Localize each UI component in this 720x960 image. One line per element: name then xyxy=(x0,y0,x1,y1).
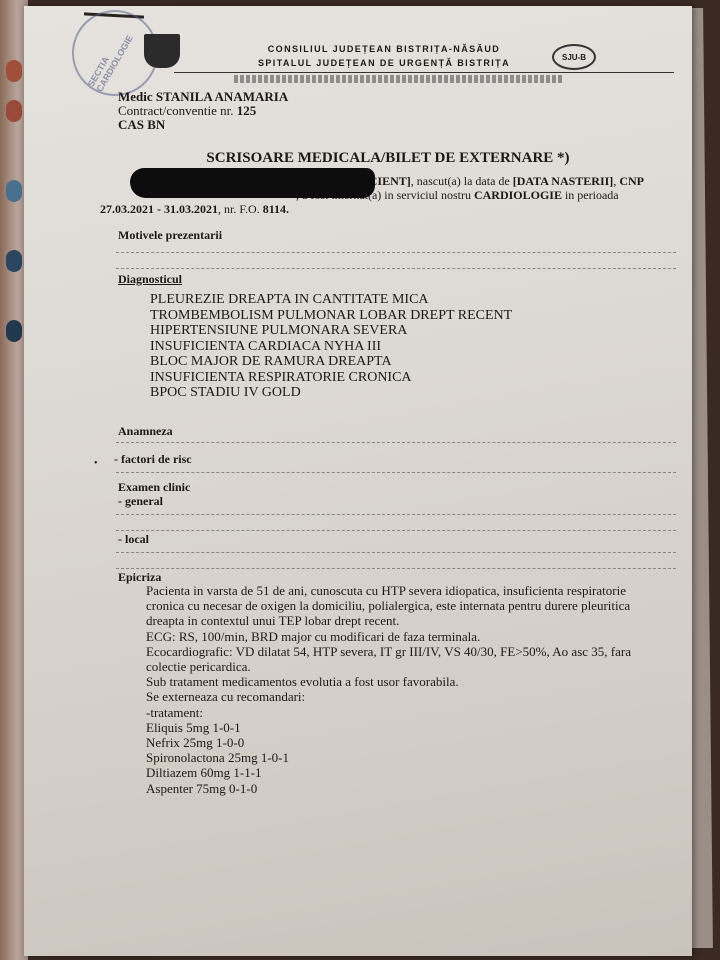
document-title: SCRISOARE MEDICALA/BILET DE EXTERNARE *) xyxy=(24,150,692,167)
epicriza-line: ECG: RS, 100/min, BRD major cu modificar… xyxy=(146,629,686,644)
section-diagnostic: Diagnosticul xyxy=(118,272,182,287)
section-motive: Motivele prezentarii xyxy=(118,228,222,243)
medication-item: Aspenter 75mg 0-1-0 xyxy=(146,781,686,796)
blank-line xyxy=(116,552,676,553)
diagnosis-list: PLEUREZIE DREAPTA IN CANTITATE MICA TROM… xyxy=(150,292,512,401)
blank-line xyxy=(116,472,676,473)
diagnosis-item: BPOC STADIU IV GOLD xyxy=(150,385,512,401)
epicriza-line: -tratament: xyxy=(146,705,686,720)
fo-label: , nr. F.O. xyxy=(218,202,260,216)
fo-number: 8114. xyxy=(263,202,289,216)
medication-item: Eliquis 5mg 1-0-1 xyxy=(146,720,686,735)
section-factori: - factori de risc xyxy=(114,452,192,467)
epicriza-line: Ecocardiografic: VD dilatat 54, HTP seve… xyxy=(146,644,686,659)
hospital-logo: SJU-B xyxy=(552,44,596,70)
admission-period: 27.03.2021 - 31.03.2021 xyxy=(100,202,218,216)
physician-block: Medic STANILA ANAMARIA Contract/conventi… xyxy=(118,90,288,132)
section-general: - general xyxy=(118,494,163,509)
diagnosis-item: PLEUREZIE DREAPTA IN CANTITATE MICA xyxy=(150,292,512,308)
letterhead: CONSILIUL JUDEȚEAN BISTRIȚA-NĂSĂUD SPITA… xyxy=(194,42,574,70)
section-anamneza: Anamneza xyxy=(118,424,173,439)
document-page: SECTIA CARDIOLOGIE CONSILIUL JUDEȚEAN BI… xyxy=(24,6,692,956)
blank-line xyxy=(116,530,676,531)
blank-line xyxy=(116,514,676,515)
blank-line xyxy=(116,568,676,569)
cnp-label: CNP xyxy=(619,174,644,188)
diagnosis-item: BLOC MAJOR DE RAMURA DREAPTA xyxy=(150,354,512,370)
folder-dot xyxy=(6,100,22,122)
blank-line xyxy=(116,268,676,269)
section-local: - local xyxy=(118,532,149,547)
epicriza-line: Sub tratament medicamentos evolutia a fo… xyxy=(146,674,686,689)
redaction-bar xyxy=(130,168,375,198)
medication-item: Diltiazem 60mg 1-1-1 xyxy=(146,765,686,780)
folder-dot xyxy=(6,250,22,272)
county-crest-icon xyxy=(144,34,180,68)
epicriza-line: colectie pericardica. xyxy=(146,659,686,674)
period-label: in perioada xyxy=(565,188,619,202)
section-examen: Examen clinic xyxy=(118,480,190,495)
epicriza-line: Pacienta in varsta de 51 de ani, cunoscu… xyxy=(146,583,686,598)
diagnosis-item: INSUFICIENTA RESPIRATORIE CRONICA xyxy=(150,370,512,386)
blank-line xyxy=(116,252,676,253)
address-line xyxy=(234,75,564,83)
physician-name: Medic STANILA ANAMARIA xyxy=(118,89,288,104)
birth-label: , nascut(a) la data de xyxy=(411,174,510,188)
epicriza-line: Se externeaza cu recomandari: xyxy=(146,689,686,704)
diagnosis-item: TROMBEMBOLISM PULMONAR LOBAR DREPT RECEN… xyxy=(150,308,512,324)
folder-dot xyxy=(6,180,22,202)
header-rule xyxy=(174,72,674,73)
letterhead-line-1: CONSILIUL JUDEȚEAN BISTRIȚA-NĂSĂUD xyxy=(194,42,574,56)
contract-number: 125 xyxy=(237,103,257,118)
folder-dot xyxy=(6,60,22,82)
diagnosis-item: HIPERTENSIUNE PULMONARA SEVERA xyxy=(150,323,512,339)
cas-label: CAS BN xyxy=(118,117,165,132)
diagnosis-item: INSUFICIENTA CARDIACA NYHA III xyxy=(150,339,512,355)
department: CARDIOLOGIE xyxy=(474,188,562,202)
contract-label: Contract/conventie nr. xyxy=(118,103,234,118)
medication-item: Spironolactona 25mg 1-0-1 xyxy=(146,750,686,765)
epicriza-line: cronica cu necesar de oxigen la domicili… xyxy=(146,598,686,613)
bullet-mark: • xyxy=(94,458,98,469)
medication-item: Nefrix 25mg 1-0-0 xyxy=(146,735,686,750)
epicriza-text: Pacienta in varsta de 51 de ani, cunoscu… xyxy=(146,583,686,796)
folder-dot xyxy=(6,320,22,342)
blank-line xyxy=(116,442,676,443)
letterhead-line-2: SPITALUL JUDEȚEAN DE URGENȚĂ BISTRIȚA xyxy=(194,56,574,70)
epicriza-line: dreapta in contextul unui TEP lobar drep… xyxy=(146,613,686,628)
patient-info: [NUME PACIENT], nascut(a) la data de [DA… xyxy=(100,174,680,216)
birth-date: [DATA NASTERII] xyxy=(513,174,614,188)
